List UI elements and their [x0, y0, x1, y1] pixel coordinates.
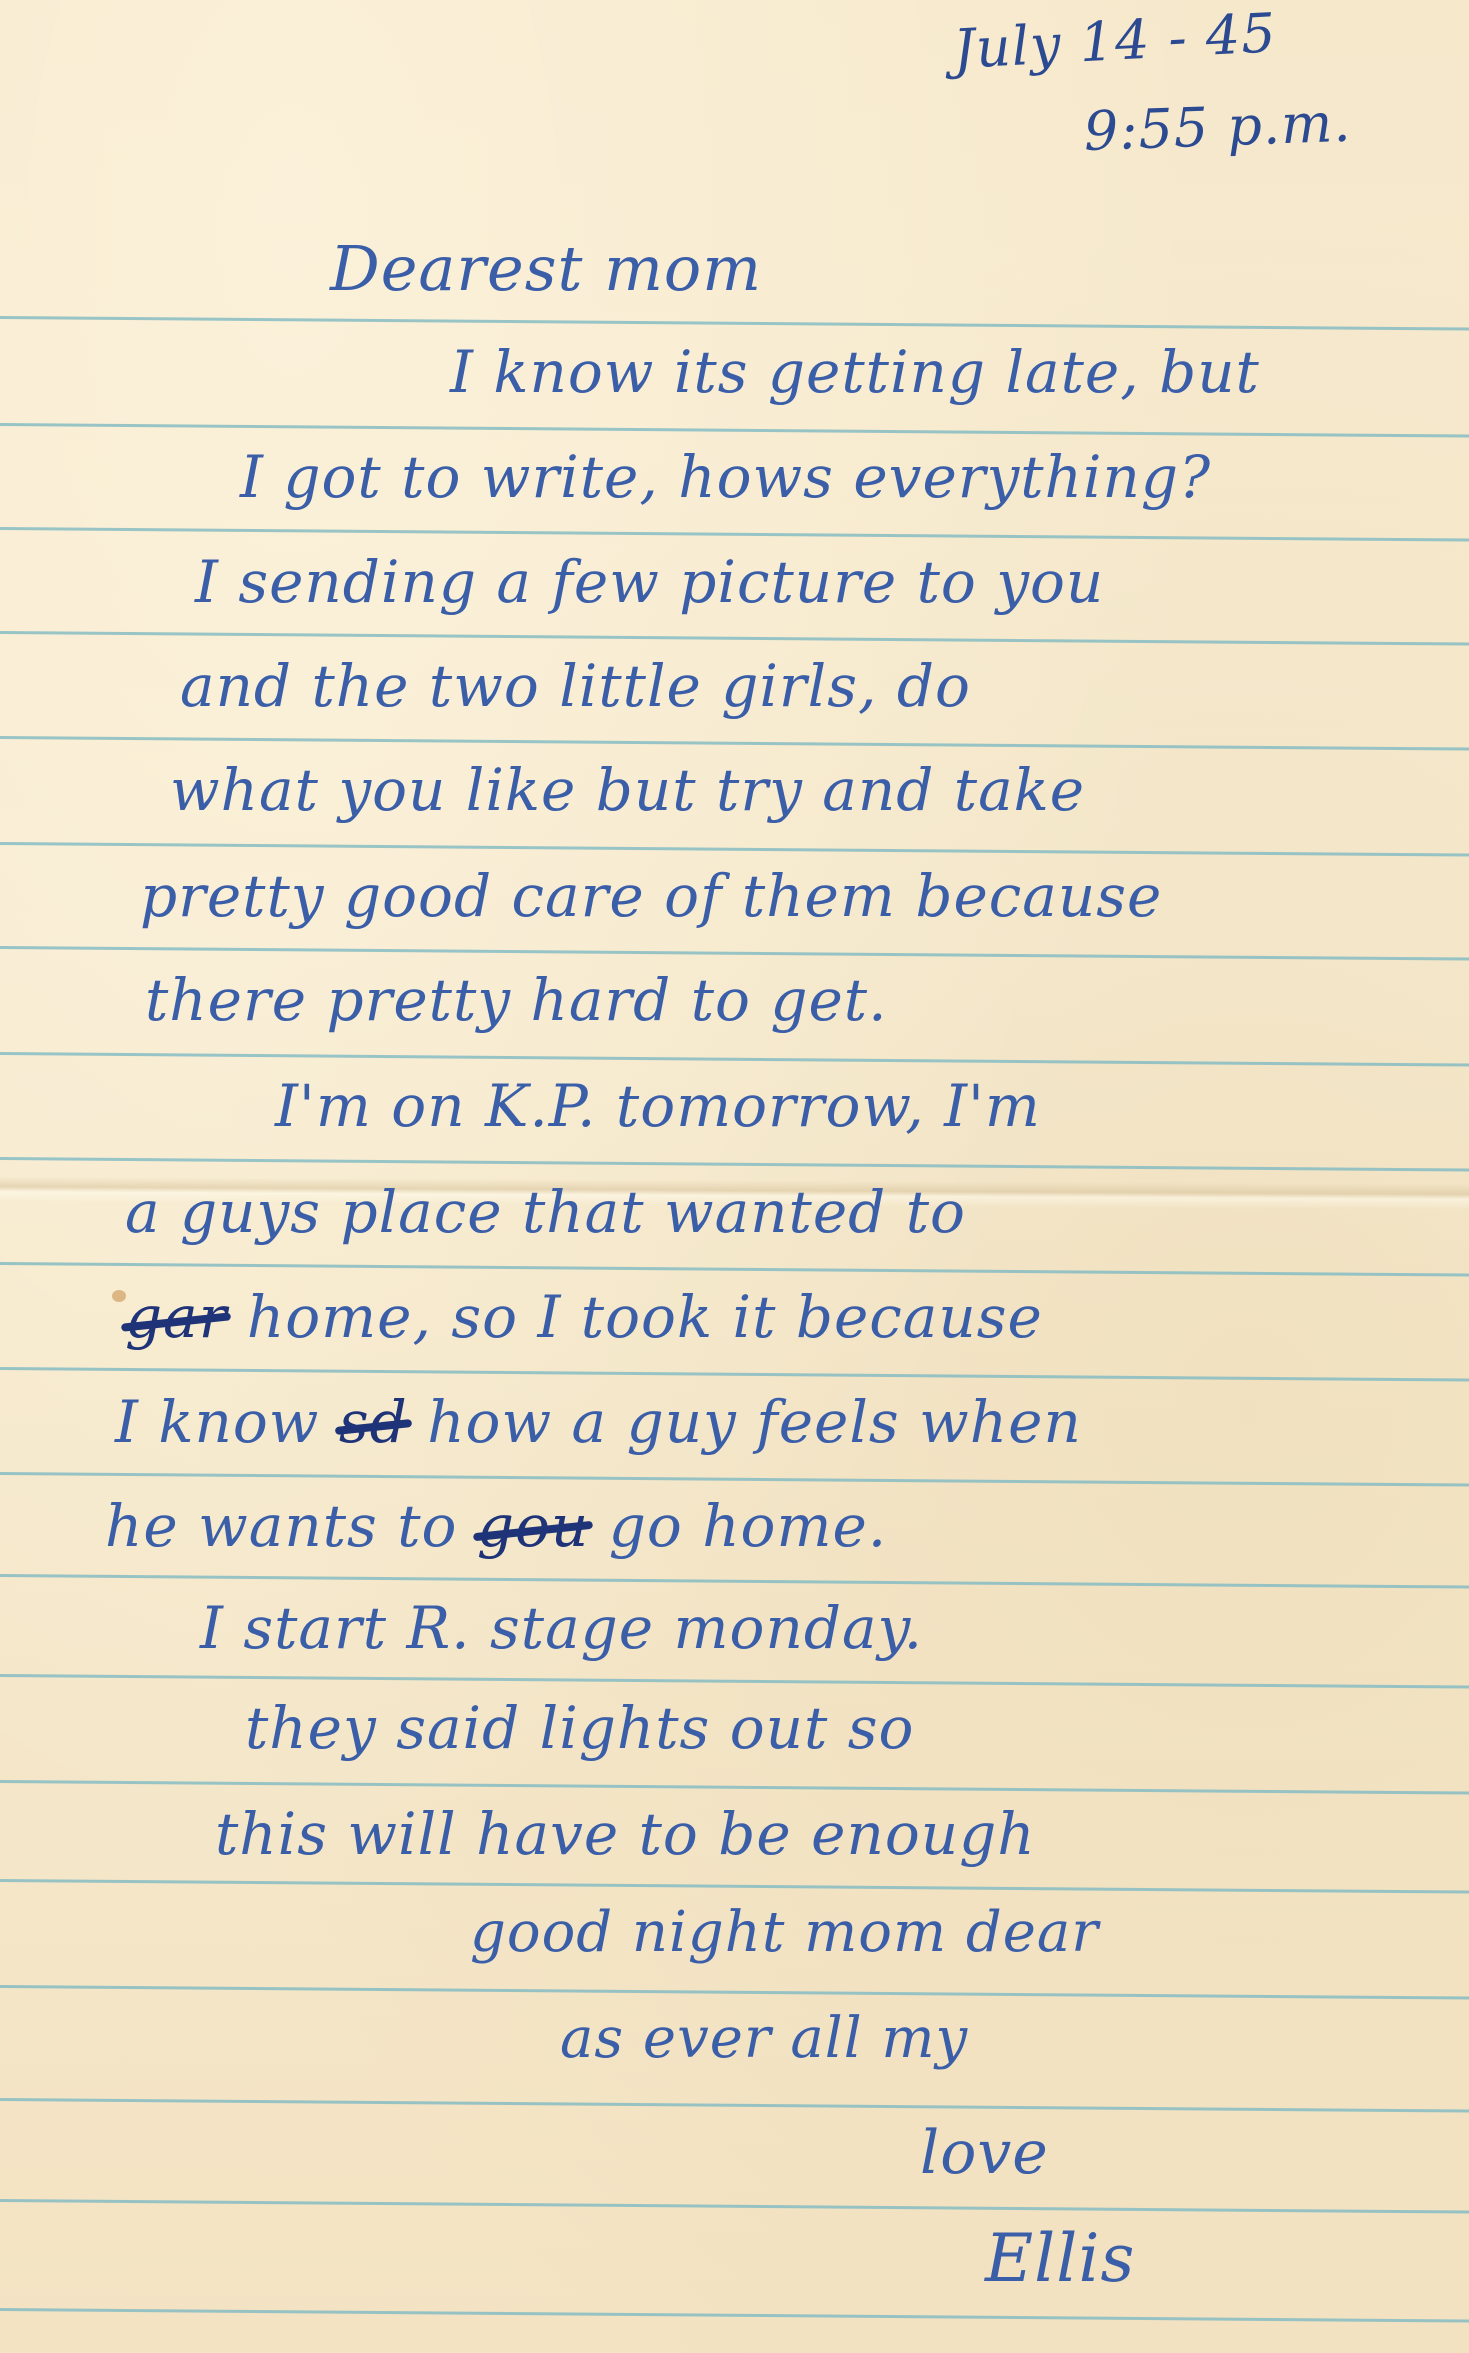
body-line-10-text: home, so I took it because — [227, 1283, 1042, 1351]
body-line-4: and the two little girls, do — [180, 652, 971, 720]
struck-word: sd — [339, 1388, 408, 1456]
body-line-11-text-a: I know — [115, 1388, 339, 1456]
body-line-10: gar home, so I took it because — [125, 1283, 1043, 1351]
ruled-line — [0, 1367, 1469, 1382]
ruled-line — [0, 736, 1469, 751]
body-line-12-text-b: go home. — [589, 1492, 887, 1560]
body-line-7: there pretty hard to get. — [145, 966, 888, 1034]
ruled-line — [0, 1674, 1469, 1689]
body-line-15: this will have to be enough — [215, 1800, 1036, 1868]
body-line-8: I'm on K.P. tomorrow, I'm — [275, 1072, 1041, 1140]
letter-date: July 14 - 45 — [952, 1, 1278, 81]
body-line-14: they said lights out so — [245, 1694, 914, 1762]
body-line-5: what you like but try and take — [170, 756, 1085, 824]
body-line-13: I start R. stage monday. — [200, 1594, 923, 1662]
ruled-line — [0, 1052, 1469, 1067]
ruled-line — [0, 423, 1469, 438]
ruled-line — [0, 527, 1469, 542]
body-line-1: I know its getting late, but — [450, 338, 1260, 406]
ruled-line — [0, 842, 1469, 857]
letter-page: July 14 - 45 9:55 p.m. Dearest mom I kno… — [0, 0, 1469, 2353]
ruled-line — [0, 2098, 1469, 2113]
ruled-line — [0, 1472, 1469, 1487]
body-line-2: I got to write, hows everything? — [240, 443, 1211, 511]
body-line-11-text-b: how a guy feels when — [408, 1388, 1082, 1456]
body-line-9: a guys place that wanted to — [125, 1178, 966, 1246]
struck-word: gou — [477, 1492, 589, 1560]
struck-word: gar — [125, 1283, 227, 1351]
paper-stain — [112, 1290, 126, 1302]
ruled-line — [0, 1262, 1469, 1277]
body-line-6: pretty good care of them because — [140, 862, 1162, 930]
ruled-line — [0, 316, 1469, 331]
body-line-11: I know sd how a guy feels when — [115, 1388, 1082, 1456]
body-line-3: I sending a few picture to you — [195, 548, 1104, 616]
closing-line-2: as ever all my — [560, 2006, 968, 2071]
ruled-line — [0, 1574, 1469, 1589]
salutation: Dearest mom — [330, 232, 762, 305]
ruled-line — [0, 1879, 1469, 1894]
body-line-12: he wants to gou go home. — [105, 1492, 887, 1560]
ruled-line — [0, 2308, 1469, 2323]
ruled-line — [0, 946, 1469, 961]
letter-time: 9:55 p.m. — [1083, 91, 1353, 163]
ruled-line — [0, 1985, 1469, 2000]
body-line-12-text-a: he wants to — [105, 1492, 477, 1560]
closing-line-3: love — [920, 2118, 1049, 2188]
ruled-line — [0, 1157, 1469, 1172]
ruled-line — [0, 1780, 1469, 1795]
ruled-line — [0, 631, 1469, 646]
signature: Ellis — [985, 2220, 1135, 2297]
ruled-line — [0, 2199, 1469, 2214]
closing-line-1: good night mom dear — [470, 1900, 1099, 1965]
